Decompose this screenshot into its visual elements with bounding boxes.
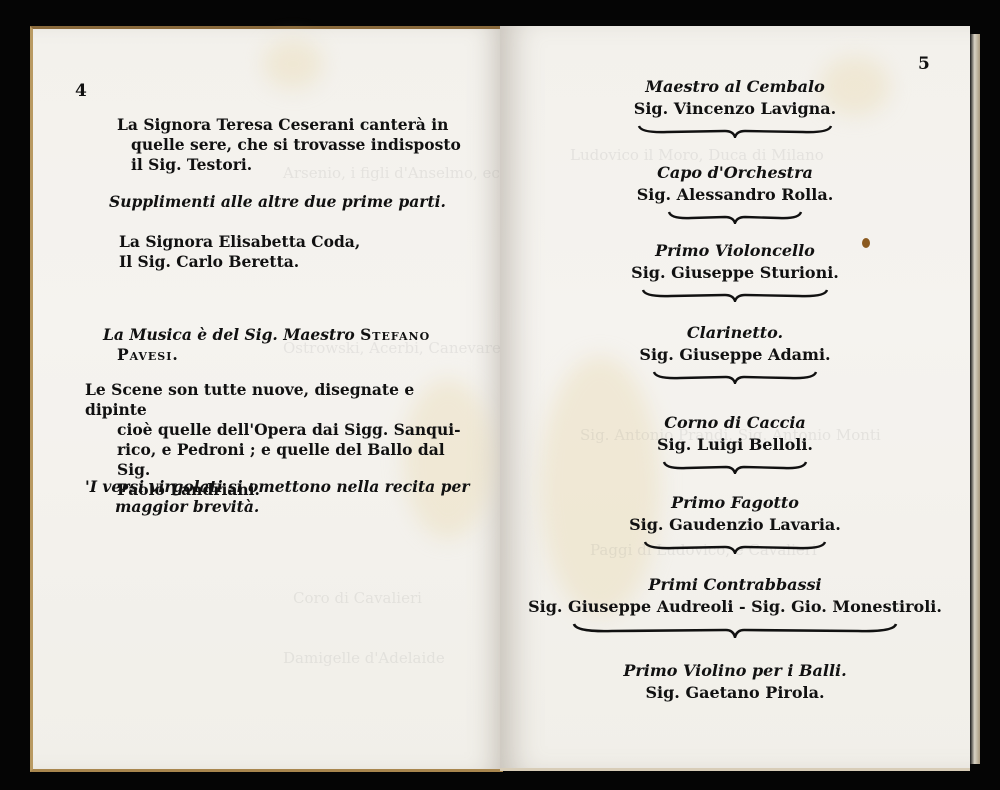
performer-name: Sig. Gaetano Pirola.	[500, 682, 970, 704]
paragraph-musica: La Musica è del Sig. Maestro Stefano Pav…	[103, 325, 483, 365]
performer-name: Sig. Giuseppe Audreoli - Sig. Gio. Mones…	[500, 596, 970, 618]
page-number: 4	[75, 81, 87, 101]
brace-divider-icon	[572, 622, 898, 638]
role-label: Maestro al Cembalo	[500, 76, 970, 98]
role-label: Capo d'Orchestra	[500, 162, 970, 184]
entry-primo-violoncello: Primo Violoncello Sig. Giuseppe Sturioni…	[500, 240, 970, 302]
performer-name: Sig. Gaudenzio Lavaria.	[500, 514, 970, 536]
heading-supplimenti: Supplimenti alle altre due prime parti.	[109, 192, 446, 212]
entry-maestro-al-cembalo: Maestro al Cembalo Sig. Vincenzo Lavigna…	[500, 76, 970, 138]
role-label: Corno di Caccia	[500, 412, 970, 434]
paragraph-supplimenti-names: La Signora Elisabetta Coda, Il Sig. Carl…	[119, 232, 360, 272]
entry-corno-di-caccia: Corno di Caccia Sig. Luigi Belloli.	[500, 412, 970, 474]
brace-divider-icon	[641, 288, 829, 302]
entry-primo-fagotto: Primo Fagotto Sig. Gaudenzio Lavaria.	[500, 492, 970, 554]
performer-name: Sig. Luigi Belloli.	[500, 434, 970, 456]
role-label: Clarinetto.	[500, 322, 970, 344]
brace-divider-icon	[667, 210, 803, 224]
brace-divider-icon	[643, 540, 827, 554]
brace-divider-icon	[637, 124, 833, 138]
bleed-through-text: Coro di Cavalieri	[293, 589, 422, 607]
performer-name: Sig. Giuseppe Sturioni.	[500, 262, 970, 284]
paragraph-ceserani: La Signora Teresa Ceserani canterà in qu…	[117, 115, 477, 175]
paragraph-versi: 'I versi virgolati si omettono nella rec…	[85, 477, 485, 517]
brace-divider-icon	[662, 460, 808, 474]
right-page: Ludovico il Moro, Duca di Milano Sig. An…	[500, 26, 970, 771]
performer-name: Sig. Vincenzo Lavigna.	[500, 98, 970, 120]
left-page: Arsenio, i figli d'Anselmo, ecc. Ostrows…	[30, 26, 503, 772]
bleed-through-text: Damigelle d'Adelaide	[283, 649, 445, 667]
performer-name: Sig. Alessandro Rolla.	[500, 184, 970, 206]
role-label: Primo Violino per i Balli.	[500, 660, 970, 682]
role-label: Primi Contrabbassi	[500, 574, 970, 596]
entry-primi-contrabbassi: Primi Contrabbassi Sig. Giuseppe Audreol…	[500, 574, 970, 638]
page-edge	[970, 34, 980, 764]
entry-clarinetto: Clarinetto. Sig. Giuseppe Adami.	[500, 322, 970, 384]
entry-capo-d-orchestra: Capo d'Orchestra Sig. Alessandro Rolla.	[500, 162, 970, 224]
open-book: Arsenio, i figli d'Anselmo, ecc. Ostrows…	[0, 0, 1000, 790]
brace-divider-icon	[652, 370, 818, 384]
entry-primo-violino-per-i-balli: Primo Violino per i Balli. Sig. Gaetano …	[500, 660, 970, 704]
role-label: Primo Fagotto	[500, 492, 970, 514]
page-number: 5	[918, 54, 930, 74]
role-label: Primo Violoncello	[500, 240, 970, 262]
performer-name: Sig. Giuseppe Adami.	[500, 344, 970, 366]
